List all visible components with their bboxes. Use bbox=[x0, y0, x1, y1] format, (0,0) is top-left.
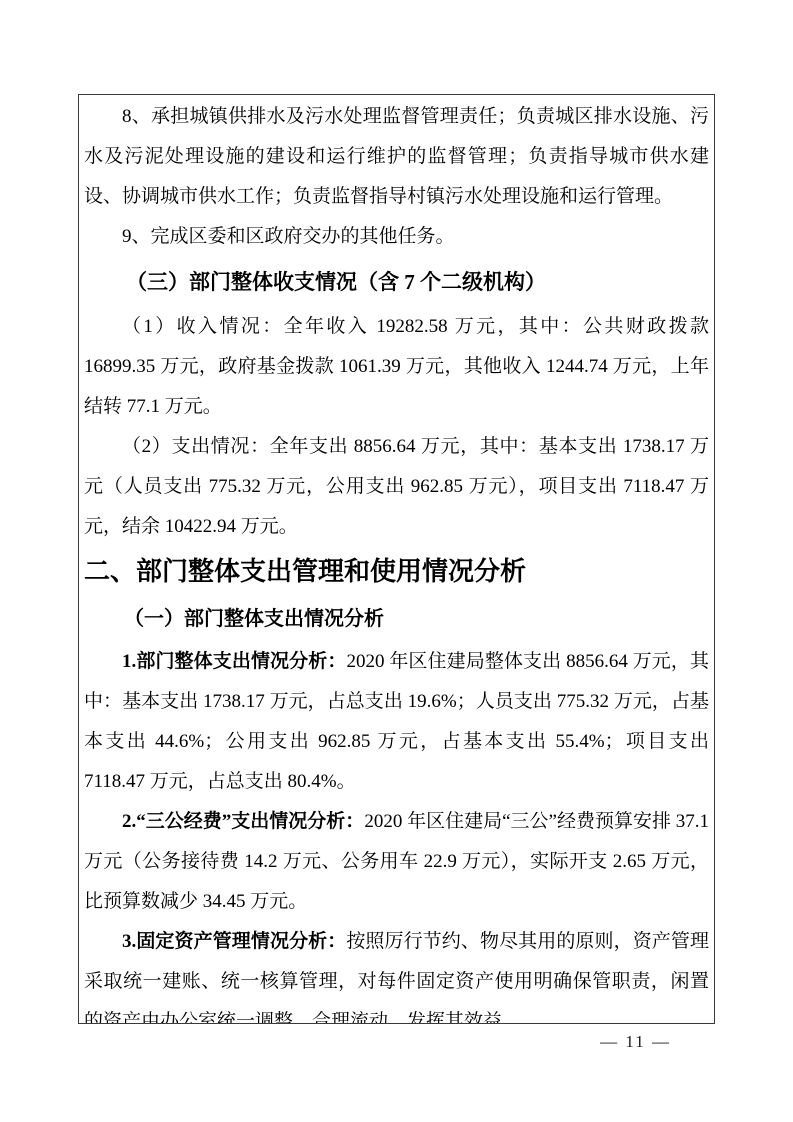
heading-h1: 二、部门整体支出管理和使用情况分析 bbox=[84, 547, 709, 597]
bold-text-run: （三）部门整体收支情况（含 7 个二级机构） bbox=[126, 270, 546, 294]
text-run: 2020 年区住建局整体支出 8856.64 万元，其中：基本支出 1738.1… bbox=[84, 651, 709, 792]
paragraph: 2.“三公经费”支出情况分析：2020 年区住建局“三公”经费预算安排 37.1… bbox=[84, 802, 709, 922]
paragraph: 8、承担城镇供排水及污水处理监督管理责任；负责城区排水设施、污水及污泥处理设施的… bbox=[84, 97, 709, 217]
bold-text-run: 3.固定资产管理情况分析： bbox=[122, 931, 346, 952]
page-footer: — 11 — bbox=[0, 1032, 793, 1062]
page-number: — 11 — bbox=[600, 1032, 671, 1052]
bold-text-run: （一）部门整体支出情况分析 bbox=[124, 608, 384, 630]
bold-text-run: 1.部门整体支出情况分析： bbox=[122, 651, 346, 672]
paragraph: 9、完成区委和区政府交办的其他任务。 bbox=[84, 217, 709, 257]
text-run: （1）收入情况：全年收入 19282.58 万元，其中：公共财政拨款 16899… bbox=[84, 316, 709, 417]
document-content: 8、承担城镇供排水及污水处理监督管理责任；负责城区排水设施、污水及污泥处理设施的… bbox=[84, 97, 709, 1024]
bold-text-run: 2.“三公经费”支出情况分析： bbox=[122, 811, 364, 832]
document-text-frame: 8、承担城镇供排水及污水处理监督管理责任；负责城区排水设施、污水及污泥处理设施的… bbox=[78, 94, 715, 1024]
paragraph: 3.固定资产管理情况分析：按照厉行节约、物尽其用的原则，资产管理采取统一建账、统… bbox=[84, 922, 709, 1024]
text-run: 9、完成区委和区政府交办的其他任务。 bbox=[122, 226, 455, 247]
heading-h3: （三）部门整体收支情况（含 7 个二级机构） bbox=[84, 257, 709, 307]
paragraph: 1.部门整体支出情况分析：2020 年区住建局整体支出 8856.64 万元，其… bbox=[84, 642, 709, 802]
bold-text-run: 二、部门整体支出管理和使用情况分析 bbox=[84, 557, 526, 586]
text-run: （2）支出情况：全年支出 8856.64 万元，其中：基本支出 1738.17 … bbox=[84, 436, 709, 537]
paragraph: （1）收入情况：全年收入 19282.58 万元，其中：公共财政拨款 16899… bbox=[84, 307, 709, 427]
paragraph: （2）支出情况：全年支出 8856.64 万元，其中：基本支出 1738.17 … bbox=[84, 427, 709, 547]
text-run: 8、承担城镇供排水及污水处理监督管理责任；负责城区排水设施、污水及污泥处理设施的… bbox=[84, 106, 709, 207]
heading-h2: （一）部门整体支出情况分析 bbox=[84, 597, 709, 642]
